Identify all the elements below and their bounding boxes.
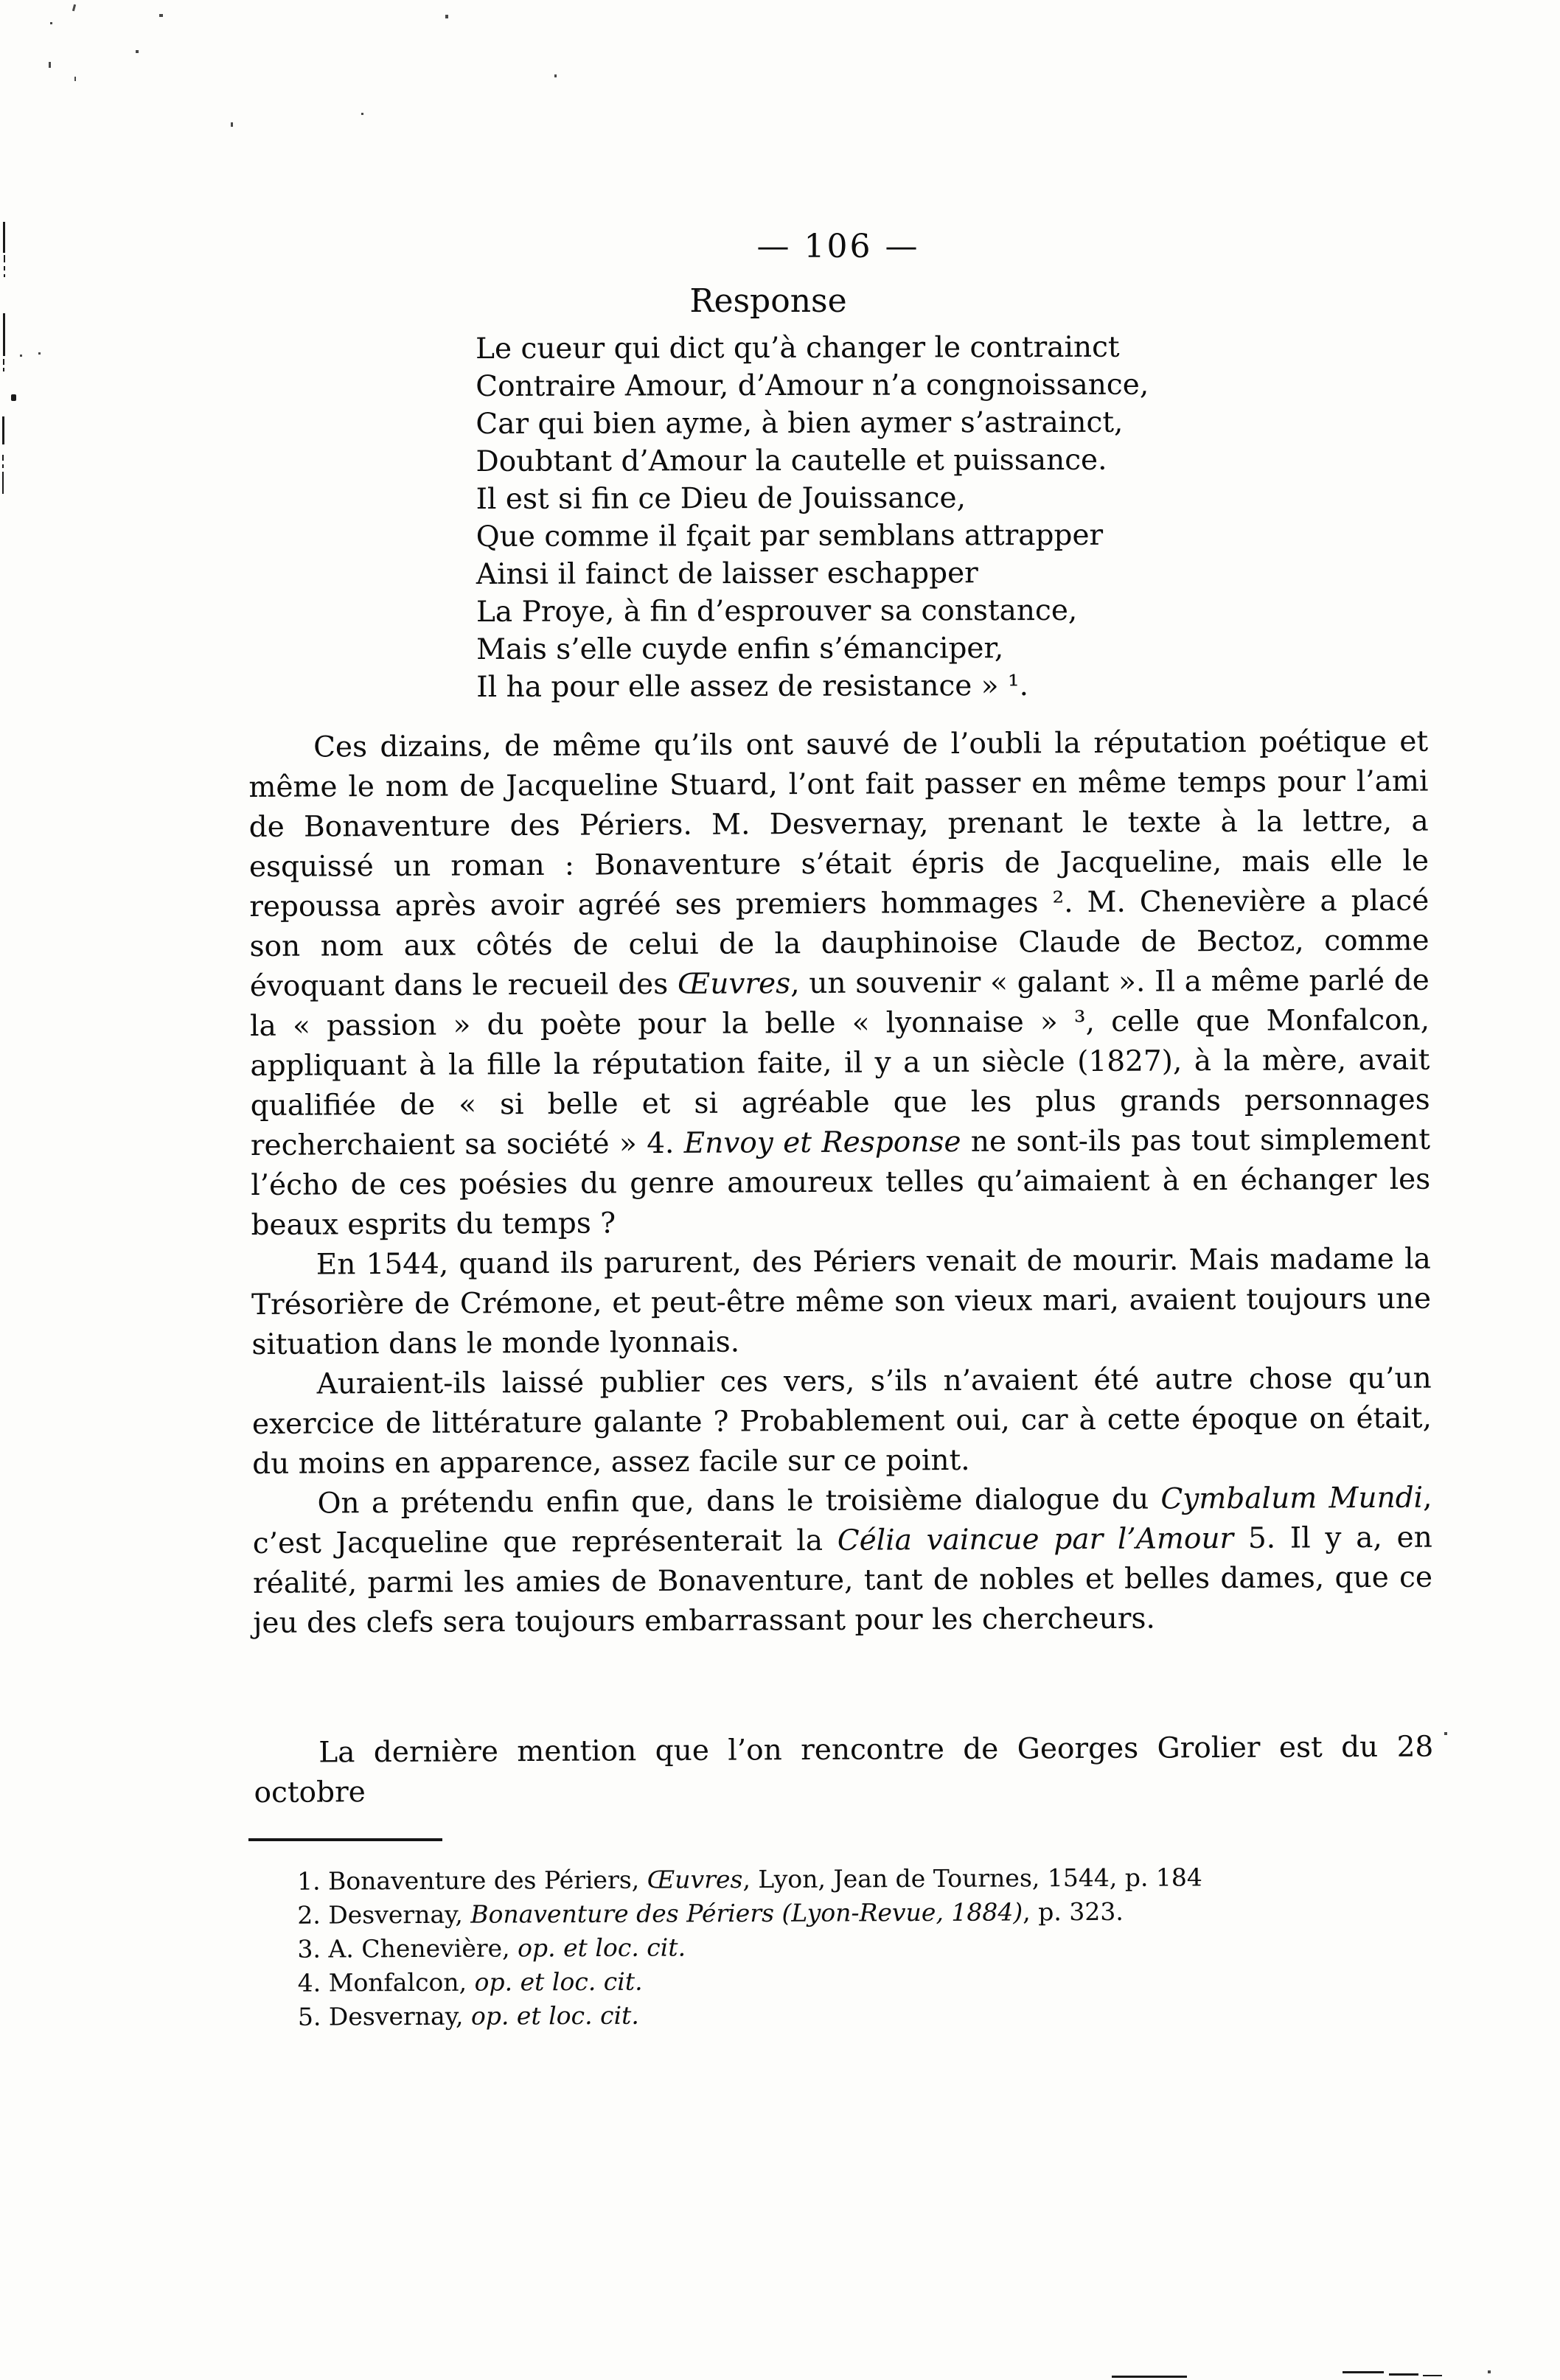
scan-artifact-speck	[38, 352, 41, 355]
poem-line: Le cueur qui dict qu’à changer le contra…	[476, 328, 1428, 368]
paragraph-4: On a prétendu enfin que, dans le troisiè…	[252, 1479, 1432, 1644]
italic-work-title: Œuvres	[678, 967, 790, 1001]
footnote-italic: op. et loc. cit.	[475, 1967, 643, 1997]
scan-artifact-left-dash	[3, 368, 4, 371]
scan-artifact-blob	[11, 394, 16, 401]
footnote-separator-rule	[248, 1838, 442, 1841]
footnote-5: 5. Desvernay, op. et loc. cit.	[298, 1995, 1429, 2034]
scan-artifact-left-line	[2, 472, 4, 494]
footnote-1: 1. Bonaventure des Périers, Œuvres, Lyon…	[297, 1860, 1428, 1899]
poem-line: Mais s’elle cuyde enfin s’émanciper,	[476, 629, 1429, 669]
scan-artifact-speck	[554, 74, 557, 77]
scan-artifact-speck	[20, 355, 22, 357]
footnote-text: 2. Desvernay,	[297, 1900, 470, 1930]
scan-artifact-speck	[445, 15, 448, 18]
footnotes: 1. Bonaventure des Périers, Œuvres, Lyon…	[248, 1860, 1429, 2034]
scan-artifact-speck	[159, 14, 163, 17]
footnote-text: , p. 323.	[1023, 1897, 1124, 1927]
footnote-text: 5. Desvernay,	[298, 2002, 471, 2031]
scan-artifact-speck	[231, 122, 233, 127]
scan-artifact-speck	[72, 4, 76, 11]
paragraph-text: Ces dizains, de même qu’ils ont sauvé de…	[248, 725, 1429, 1003]
italic-work-title: Célia vaincue par l’Amour	[838, 1522, 1234, 1557]
poem-line: Que comme il fçait par semblans attrappe…	[476, 516, 1429, 556]
footnote-text: 3. A. Chenevière,	[297, 1933, 518, 1963]
body-text: Ces dizains, de même qu’ils ont sauvé de…	[248, 722, 1434, 1813]
footnote-text: , Lyon, Jean de Tournes, 1544, p. 184	[742, 1863, 1202, 1894]
scan-artifact-left-line	[3, 222, 5, 253]
scan-artifact-left-dash	[4, 266, 5, 271]
paragraph-text: On a prétendu enfin que, dans le troisiè…	[317, 1483, 1160, 1521]
scan-artifact-bottom-dash	[1389, 2373, 1418, 2376]
italic-work-title: Cymbalum Mundi	[1160, 1482, 1423, 1516]
poem-line: Car qui bien ayme, à bien aymer s’astrai…	[476, 403, 1428, 443]
scan-artifact-speck	[1488, 2370, 1491, 2373]
footnote-italic: op. et loc. cit.	[471, 2001, 639, 2031]
scan-artifact-left-dash	[4, 274, 5, 277]
poem-title: Response	[178, 284, 1358, 319]
scan-artifact-bottom-mark	[1343, 2371, 1384, 2373]
footnote-3: 3. A. Chenevière, op. et loc. cit.	[297, 1927, 1428, 1967]
poem-line: Doubtant d’Amour la cautelle et puissanc…	[476, 441, 1428, 481]
footnote-italic: op. et loc. cit.	[518, 1933, 686, 1962]
scan-artifact-speck	[50, 22, 52, 24]
poem-line: Ainsi il fainct de laisser eschapper	[476, 554, 1429, 593]
scan-artifact-bottom-line	[1112, 2376, 1187, 2378]
scanned-book-page: — 106 — Response Le cueur qui dict qu’à …	[0, 0, 1560, 2380]
scan-artifact-left-dash	[3, 359, 4, 365]
scan-artifact-speck	[49, 62, 51, 68]
scan-artifact-left-dash	[4, 255, 5, 262]
page-content: — 106 — Response Le cueur qui dict qu’à …	[248, 230, 1428, 2034]
poem-line: La Proye, à fin d’esprouver sa constance…	[476, 591, 1429, 631]
footnote-italic: Œuvres	[647, 1865, 743, 1894]
scan-artifact-speck	[1444, 1732, 1447, 1735]
scan-artifact-bottom-dash	[1423, 2375, 1442, 2376]
footnote-text: 4. Monfalcon,	[298, 1968, 475, 1997]
poem-line: Contraire Amour, d’Amour n’a congnoissan…	[476, 366, 1428, 405]
poem-line: Il est si fin ce Dieu de Jouissance,	[476, 478, 1429, 518]
poem-line: Il ha pour elle assez de resistance » ¹.	[476, 666, 1429, 706]
page-number: — 106 —	[248, 230, 1428, 264]
scan-artifact-speck	[136, 50, 139, 53]
scan-artifact-left-dash	[2, 464, 4, 468]
scan-artifact-left-line	[3, 313, 5, 356]
scan-artifact-left-dash	[2, 455, 4, 461]
footnote-italic: Bonaventure des Périers (Lyon-Revue, 188…	[470, 1897, 1023, 1928]
footnote-2: 2. Desvernay, Bonaventure des Périers (L…	[297, 1894, 1428, 1933]
paragraph-1: Ces dizains, de même qu’ils ont sauvé de…	[248, 722, 1431, 1246]
paragraph-3: Auraient-ils laissé publier ces vers, s’…	[252, 1359, 1432, 1484]
footnote-text: 1. Bonaventure des Périers,	[297, 1866, 647, 1896]
italic-work-title: Envoy et Response	[684, 1126, 961, 1160]
scan-artifact-speck	[361, 113, 363, 115]
scan-artifact-left-line	[2, 416, 4, 444]
poem: Le cueur qui dict qu’à changer le contra…	[476, 328, 1429, 706]
paragraph-5: La dernière mention que l’on rencontre d…	[254, 1728, 1434, 1813]
paragraph-2: En 1544, quand ils parurent, des Périers…	[251, 1240, 1432, 1365]
scan-artifact-speck	[74, 77, 76, 81]
scan-artifact-speck	[697, 289, 700, 292]
footnote-4: 4. Monfalcon, op. et loc. cit.	[298, 1961, 1429, 2000]
